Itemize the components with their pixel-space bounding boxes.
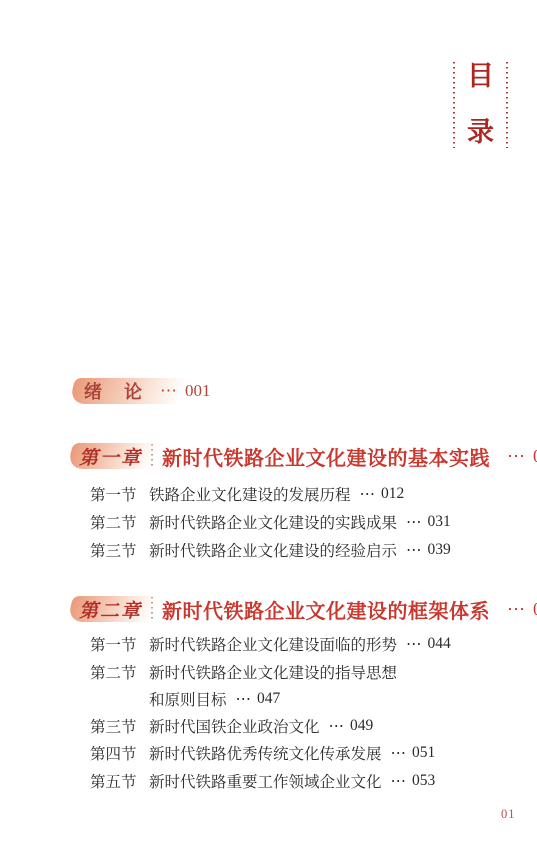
section-page-number: 047 xyxy=(257,690,280,708)
toc-title-char-1: 目 xyxy=(467,63,494,90)
toc-entry-intro: 绪 论 ⋯ 001 xyxy=(70,377,211,405)
section-title: 新时代铁路企业文化建设面临的形势 xyxy=(149,633,397,655)
toc-entry-section: 第四节 新时代铁路优秀传统文化传承发展 ⋯ 051 xyxy=(90,742,435,764)
section-title: 新时代铁路企业文化建设的实践成果 xyxy=(149,511,397,533)
section-page-number: 031 xyxy=(428,513,451,531)
section-title-line2: 和原则目标 xyxy=(149,688,227,710)
chapter-1-label: 第一章 xyxy=(70,443,142,470)
dot-leader: ⋯ xyxy=(329,717,345,736)
toc-page: 目 录 绪 论 ⋯ 001 第一章 新时代铁路企业文化建设的基本实践 ⋯ 011… xyxy=(0,0,537,844)
toc-title-char-2: 录 xyxy=(467,119,494,146)
chapter-2-title: 新时代铁路企业文化建设的框架体系 xyxy=(162,595,490,624)
section-page-number: 012 xyxy=(381,485,404,503)
toc-entry-section: 第二节 新时代铁路企业文化建设的实践成果 ⋯ 031 xyxy=(90,511,451,533)
section-label: 第三节 xyxy=(90,539,137,561)
dot-leader: ⋯ xyxy=(406,541,422,560)
section-title: 新时代铁路企业文化建设的指导思想 xyxy=(149,661,397,683)
dot-leader: ⋯ xyxy=(507,446,525,467)
section-label: 第三节 xyxy=(90,715,137,737)
dot-leader: ⋯ xyxy=(507,599,525,620)
dot-leader: ⋯ xyxy=(236,690,252,709)
dot-leader: ⋯ xyxy=(391,772,407,791)
section-label: 第五节 xyxy=(90,770,137,792)
dot-leader: ⋯ xyxy=(360,485,376,504)
section-label: 第四节 xyxy=(90,742,137,764)
toc-entry-section: 第二节 新时代铁路企业文化建设的指导思想 xyxy=(90,661,397,683)
section-page-number: 053 xyxy=(412,772,435,790)
toc-entry-chapter-2: 第二章 新时代铁路企业文化建设的框架体系 ⋯ 043 xyxy=(70,594,537,624)
section-title: 新时代铁路优秀传统文化传承发展 xyxy=(149,742,382,764)
chapter-1-title: 新时代铁路企业文化建设的基本实践 xyxy=(162,442,490,471)
dot-leader: ⋯ xyxy=(406,635,422,654)
dotted-rule-right xyxy=(506,62,508,148)
chapter-2-page-number: 043 xyxy=(533,599,537,620)
section-title: 铁路企业文化建设的发展历程 xyxy=(149,483,351,505)
chapter-2-label: 第二章 xyxy=(70,596,142,623)
toc-entry-chapter-1: 第一章 新时代铁路企业文化建设的基本实践 ⋯ 011 xyxy=(70,441,537,471)
chapter-1-page-number: 011 xyxy=(533,446,537,467)
toc-entry-section: 第一节 铁路企业文化建设的发展历程 ⋯ 012 xyxy=(90,483,404,505)
section-title: 新时代铁路企业文化建设的经验启示 xyxy=(149,539,397,561)
toc-title-vertical-text: 目 录 xyxy=(467,62,494,148)
section-page-number: 049 xyxy=(350,717,373,735)
folio-page-number: 01 xyxy=(501,807,516,822)
section-label: 第二节 xyxy=(90,511,137,533)
toc-entry-section: 第三节 新时代铁路企业文化建设的经验启示 ⋯ 039 xyxy=(90,539,451,561)
intro-page-number: 001 xyxy=(185,381,211,401)
dot-leader: ⋯ xyxy=(160,381,177,401)
section-label: 第一节 xyxy=(90,633,137,655)
dotted-rule-left xyxy=(453,62,455,148)
toc-title-block: 目 录 xyxy=(453,62,508,148)
toc-entry-section: 第一节 新时代铁路企业文化建设面临的形势 ⋯ 044 xyxy=(90,633,451,655)
toc-entry-section: 第五节 新时代铁路重要工作领域企业文化 ⋯ 053 xyxy=(90,770,435,792)
toc-entry-section: 第三节 新时代国铁企业政治文化 ⋯ 049 xyxy=(90,715,373,737)
dot-leader: ⋯ xyxy=(391,744,407,763)
section-label: 第二节 xyxy=(90,661,137,683)
intro-label: 绪 论 xyxy=(70,378,144,404)
section-page-number: 039 xyxy=(428,541,451,559)
section-label: 第一节 xyxy=(90,483,137,505)
section-page-number: 051 xyxy=(412,744,435,762)
toc-entry-section-continuation: 和原则目标 ⋯ 047 xyxy=(149,688,280,710)
section-page-number: 044 xyxy=(428,635,451,653)
section-title: 新时代铁路重要工作领域企业文化 xyxy=(149,770,382,792)
section-title: 新时代国铁企业政治文化 xyxy=(149,715,320,737)
dot-leader: ⋯ xyxy=(406,513,422,532)
